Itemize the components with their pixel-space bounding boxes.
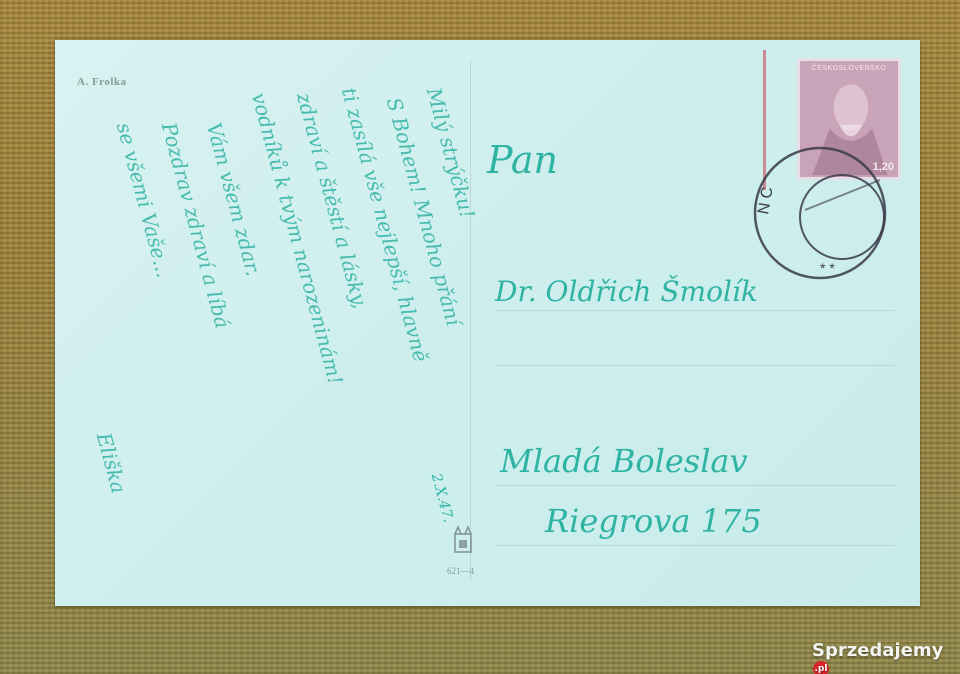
postcard: A. Frolka Milý strýčku! S Bohem! Mnoho p…: [55, 40, 920, 606]
publisher-code: 621—4: [447, 566, 474, 576]
address-line: [495, 365, 895, 366]
svg-text:N C: N C: [755, 186, 777, 216]
address-line: [495, 310, 895, 311]
svg-text:* *: * *: [820, 260, 835, 276]
recipient-city: Mladá Boleslav: [500, 442, 748, 480]
postmark-icon: N C * *: [750, 135, 900, 285]
recipient-salutation: Pan: [487, 138, 558, 182]
watermark-tld: .pl: [813, 661, 829, 674]
address-line: [495, 545, 895, 546]
address-line: [495, 485, 895, 486]
handwritten-message: Milý strýčku! S Bohem! Mnoho přání ti za…: [75, 80, 455, 580]
center-divider: [470, 60, 471, 580]
watermark-logo: Sprzedajemy.pl: [812, 640, 960, 674]
recipient-name: Dr. Oldřich Šmolík: [495, 275, 758, 308]
recipient-street: Riegrova 175: [545, 502, 762, 540]
watermark-brand: Sprzedajemy: [812, 640, 943, 661]
publisher-logo-icon: [452, 524, 474, 556]
signature: Eliška: [92, 430, 131, 496]
